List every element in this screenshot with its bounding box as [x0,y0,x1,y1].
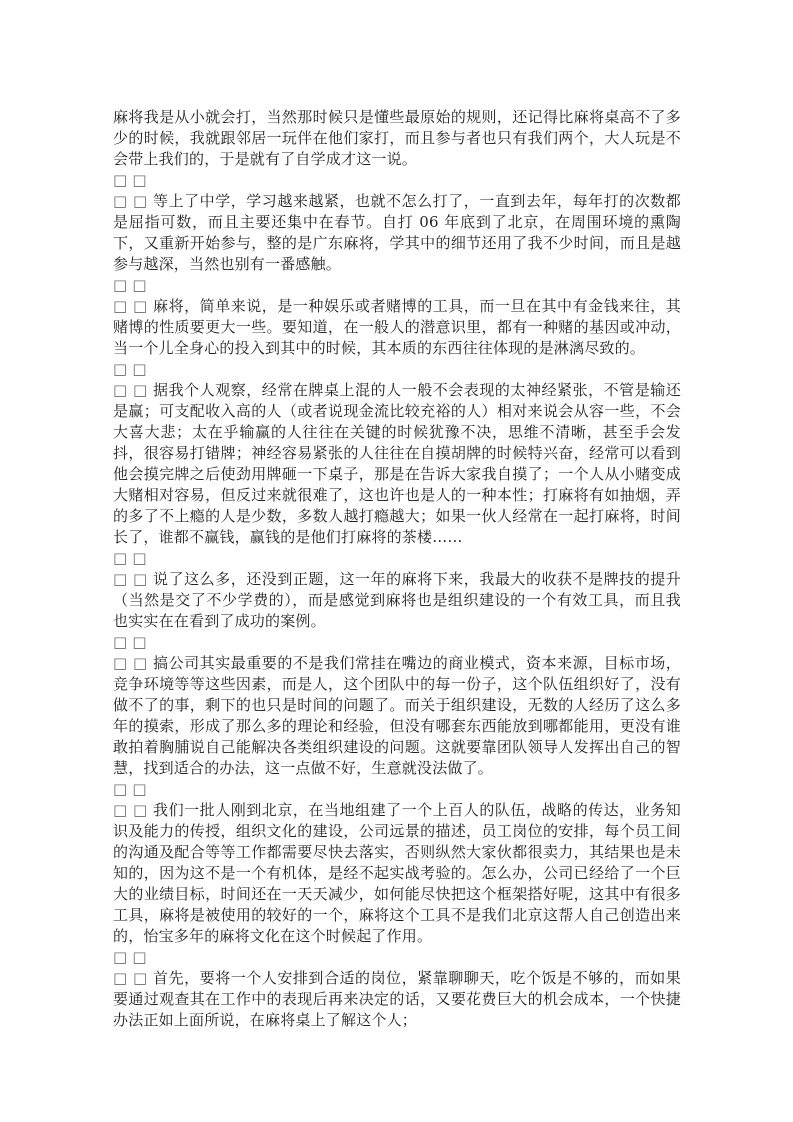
blank-line-marker: □ □ [113,359,681,380]
blank-line-marker: □ □ [113,548,681,569]
indent-marker: □ □ [113,192,153,210]
document-text-block: 麻将我是从小就会打，当然那时候只是懂些最原始的规则，还记得比麻将桌高不了多少的时… [113,107,681,1031]
blank-line-marker: □ □ [113,947,681,968]
paragraph: □ □ 说了这么多，还没到正题，这一年的麻将下来，我最大的收获不是牌技的提升（当… [113,569,681,632]
blank-line-marker: □ □ [113,275,681,296]
paragraph: □ □ 首先，要将一个人安排到合适的岗位，紧靠聊聊天，吃个饭是不够的，而如果要通… [113,968,681,1031]
paragraph: □ □ 我们一批人刚到北京，在当地组建了一个上百人的队伍，战略的传达，业务知识及… [113,800,681,947]
paragraph: □ □ 搞公司其实最重要的不是我们常挂在嘴边的商业模式，资本来源，目标市场，竞争… [113,653,681,779]
indent-marker: □ □ [113,969,153,987]
blank-line-marker: □ □ [113,632,681,653]
document-page: 麻将我是从小就会打，当然那时候只是懂些最原始的规则，还记得比麻将桌高不了多少的时… [0,0,793,1122]
indent-marker: □ □ [113,801,153,819]
indent-marker: □ □ [113,381,153,399]
blank-line-marker: □ □ [113,779,681,800]
paragraph: □ □ 麻将，简单来说，是一种娱乐或者赌博的工具，而一旦在其中有金钱来往，其赌博… [113,296,681,359]
blank-line-marker: □ □ [113,170,681,191]
paragraph: □ □ 据我个人观察，经常在牌桌上混的人一般不会表现的太神经紧张，不管是输还是赢… [113,380,681,548]
indent-marker: □ □ [113,297,153,315]
paragraph: 麻将我是从小就会打，当然那时候只是懂些最原始的规则，还记得比麻将桌高不了多少的时… [113,107,681,170]
paragraph: □ □ 等上了中学，学习越来越紧，也就不怎么打了，一直到去年，每年打的次数都是屈… [113,191,681,275]
indent-marker: □ □ [113,654,153,672]
indent-marker: □ □ [113,570,153,588]
